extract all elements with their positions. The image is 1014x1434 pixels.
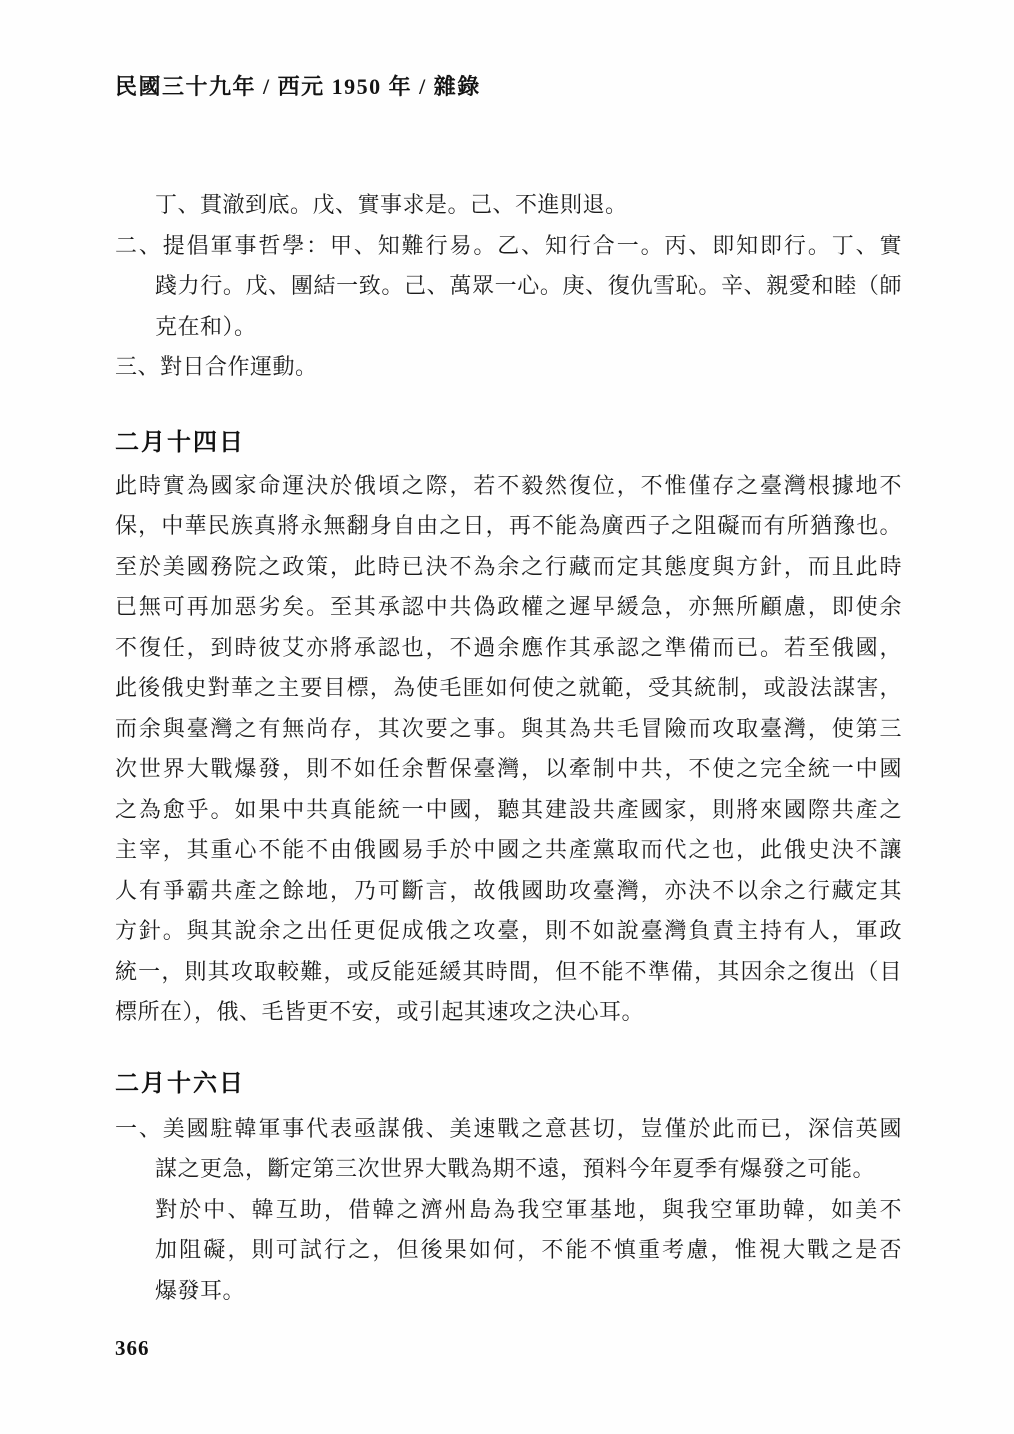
text-line: 謀之更急，斷定第三次世界大戰為期不遠，預料今年夏季有爆發之可能。 [155, 1149, 902, 1190]
text-line: 已無可再加惡劣矣。至其承認中共偽政權之遲早緩急，亦無所顧慮，即使余 [115, 587, 902, 628]
page-number: 366 [115, 1336, 150, 1361]
scanned-book-page: 民國三十九年 / 西元 1950 年 / 雜錄 丁、貫澈到底。戊、實事求是。己、… [0, 0, 1014, 1434]
text-line: 統一，則其攻取較難，或反能延緩其時間，但不能不準備，其因余之復出（目 [115, 952, 902, 993]
text-line: 至於美國務院之政策，此時已決不為余之行藏而定其態度與方針，而且此時 [115, 547, 902, 588]
text-line: 一、美國駐韓軍事代表亟謀俄、美速戰之意甚切，豈僅於此而已，深信英國 [115, 1109, 902, 1150]
text-line: 二、提倡軍事哲學：甲、知難行易。乙、知行合一。丙、即知即行。丁、實 [115, 226, 902, 267]
text-line: 主宰，其重心不能不由俄國易手於中國之共產黨取而代之也，此俄史決不讓 [115, 830, 902, 871]
text-line: 不復任，到時彼艾亦將承認也，不過余應作其承認之準備而已。若至俄國， [115, 628, 902, 669]
text-line: 次世界大戰爆發，則不如任余暫保臺灣，以牽制中共，不使之完全統一中國 [115, 749, 902, 790]
text-line: 之為愈乎。如果中共真能統一中國，聽其建設共產國家，則將來國際共產之 [115, 790, 902, 831]
text-column: 民國三十九年 / 西元 1950 年 / 雜錄 丁、貫澈到底。戊、實事求是。己、… [115, 0, 902, 1311]
text-line: 此時實為國家命運決於俄頃之際，若不毅然復位，不惟僅存之臺灣根據地不 [115, 466, 902, 507]
diary-entry-feb-16: 一、美國駐韓軍事代表亟謀俄、美速戰之意甚切，豈僅於此而已，深信英國 謀之更急，斷… [115, 1109, 902, 1312]
text-line: 而余與臺灣之有無尚存，其次要之事。與其為共毛冒險而攻取臺灣，使第三 [115, 709, 902, 750]
text-line: 丁、貫澈到底。戊、實事求是。己、不進則退。 [155, 185, 902, 226]
text-line: 方針。與其說余之出任更促成俄之攻臺，則不如說臺灣負責主持有人，軍政 [115, 911, 902, 952]
list-continuation-block: 丁、貫澈到底。戊、實事求是。己、不進則退。 二、提倡軍事哲學：甲、知難行易。乙、… [115, 185, 902, 388]
text-line: 三、對日合作運動。 [115, 347, 902, 388]
text-line: 保，中華民族真將永無翻身自由之日，再不能為廣西子之阻礙而有所猶豫也。 [115, 506, 902, 547]
text-line: 此後俄史對華之主要目標，為使毛匪如何使之就範，受其統制，或設法謀害， [115, 668, 902, 709]
running-header: 民國三十九年 / 西元 1950 年 / 雜錄 [115, 70, 902, 101]
text-line: 標所在），俄、毛皆更不安，或引起其速攻之決心耳。 [115, 992, 902, 1033]
section-title-feb-16: 二月十六日 [115, 1069, 902, 1099]
section-title-feb-14: 二月十四日 [115, 428, 902, 458]
text-line: 對於中、韓互助，借韓之濟州島為我空軍基地，與我空軍助韓，如美不 [155, 1190, 902, 1231]
diary-entry-feb-14: 此時實為國家命運決於俄頃之際，若不毅然復位，不惟僅存之臺灣根據地不 保，中華民族… [115, 466, 902, 1033]
text-line: 踐力行。戊、團結一致。己、萬眾一心。庚、復仇雪恥。辛、親愛和睦（師 [155, 266, 902, 307]
text-line: 人有爭霸共產之餘地，乃可斷言，故俄國助攻臺灣，亦決不以余之行藏定其 [115, 871, 902, 912]
text-line: 克在和）。 [155, 307, 902, 348]
text-line: 爆發耳。 [155, 1271, 902, 1312]
text-line: 加阻礙，則可試行之，但後果如何，不能不慎重考慮，惟視大戰之是否 [155, 1230, 902, 1271]
